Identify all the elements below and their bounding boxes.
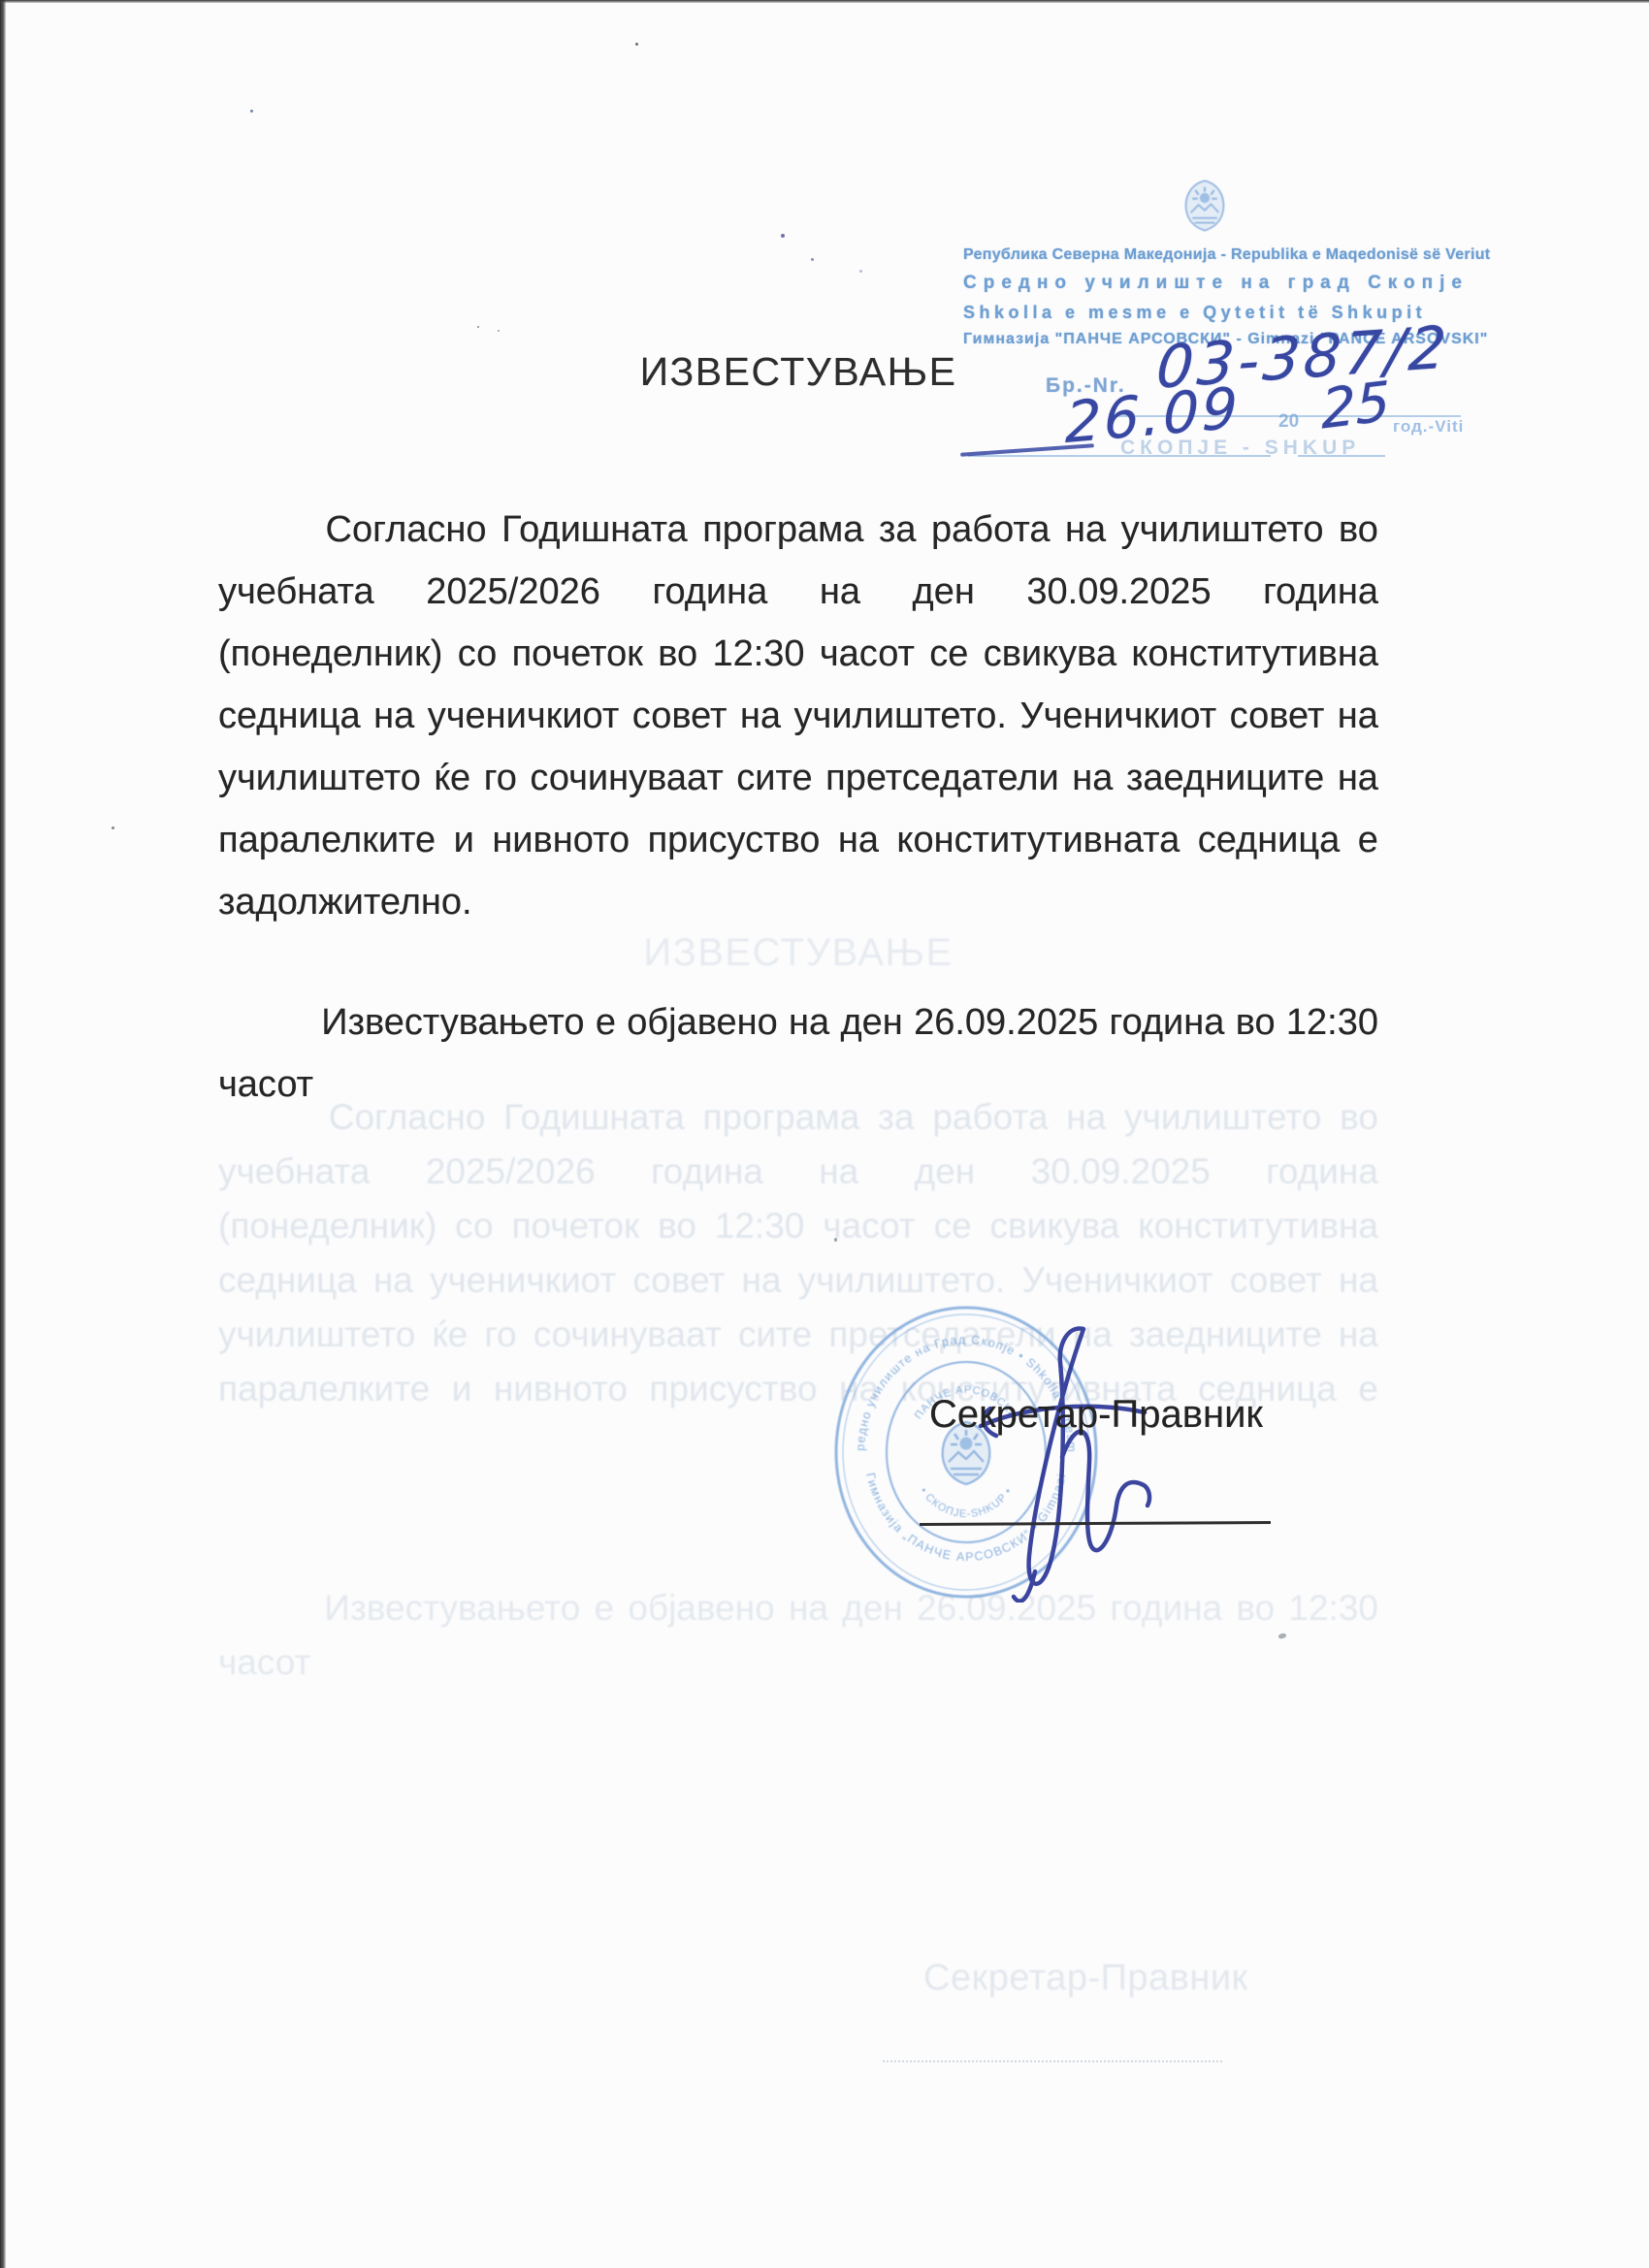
paragraph-1: СогласноГодишнатапрограмазаработанаучили… — [218, 499, 1378, 933]
secretary-label: Секретар-Правник — [929, 1393, 1263, 1437]
page-title: ИЗВЕСТУВАЊЕ — [218, 349, 1378, 395]
year-printed-suffix: год.-Viti — [1393, 417, 1464, 437]
scan-speck — [635, 43, 638, 46]
ghost-paragraph-1: СогласноГодишнатапрограмазаработанаучили… — [218, 1090, 1378, 1416]
ghost-line: седницанаученичкиотсоветнаучилиштето.Уче… — [218, 1253, 1378, 1308]
scan-speck — [811, 258, 814, 261]
ghost-signature-line — [883, 2060, 1222, 2062]
ghost-line: (понеделник)сопочетокво12:30часотсесвику… — [218, 1199, 1378, 1253]
scan-speck — [112, 826, 114, 829]
year-printed-prefix: 20 — [1278, 411, 1299, 433]
ghost-line: часот — [218, 1636, 1378, 1690]
paragraph-line: училиштетоќегосочинуваатситепретседатели… — [218, 747, 1378, 809]
ghost-line: Известувањетоеобјавенонаден26.09.2025год… — [218, 1581, 1378, 1636]
paragraph-line: Известувањетоеобјавенонаден26.09.2025год… — [218, 991, 1378, 1053]
scan-speck — [477, 326, 479, 328]
scan-speck — [834, 1238, 837, 1242]
ghost-line: учебната2025/2026годинанаден30.09.2025го… — [218, 1145, 1378, 1199]
ghost-paragraph-2: Известувањетоеобјавенонаден26.09.2025год… — [218, 1581, 1378, 1690]
stamp-city-line: СКОПЈЕ - SHKUP — [1120, 437, 1360, 460]
paragraph-line: задолжително. — [218, 871, 1378, 933]
scan-edge-left — [0, 0, 6, 2268]
coat-of-arms-icon — [1181, 177, 1228, 235]
scanned-document-page: Република Северна Македонија - Republika… — [0, 0, 1649, 2268]
scan-speck — [781, 234, 785, 238]
paragraph-line: (понеделник)сопочетокво12:30часотсесвику… — [218, 623, 1378, 685]
scan-speck — [498, 330, 500, 332]
ghost-title: ИЗВЕСТУВАЊЕ — [218, 931, 1378, 975]
stamp-line-school-mk: Средно училиште на град Скопје — [963, 273, 1471, 294]
paragraph-line: паралелкитеинивнотоприсуствонаконститути… — [218, 809, 1378, 871]
scan-speck — [250, 110, 253, 113]
scan-speck — [859, 270, 862, 273]
paragraph-line: учебната2025/2026годинанаден30.09.2025го… — [218, 561, 1378, 623]
paragraph-line: седницанаученичкиотсоветнаучилиштето.Уче… — [218, 685, 1378, 747]
paragraph-line: СогласноГодишнатапрограмазаработанаучили… — [218, 499, 1378, 561]
ghost-line: СогласноГодишнатапрограмазаработанаучили… — [218, 1090, 1378, 1145]
handwritten-signature-icon — [946, 1312, 1179, 1603]
ghost-line: училиштетоќегосочинуваатситепретседатели… — [218, 1308, 1378, 1362]
stamp-line-country: Република Северна Македонија - Republika… — [963, 246, 1471, 264]
scan-edge-top — [0, 0, 1649, 3]
ghost-secretary-label: Секретар-Правник — [923, 1958, 1248, 1999]
